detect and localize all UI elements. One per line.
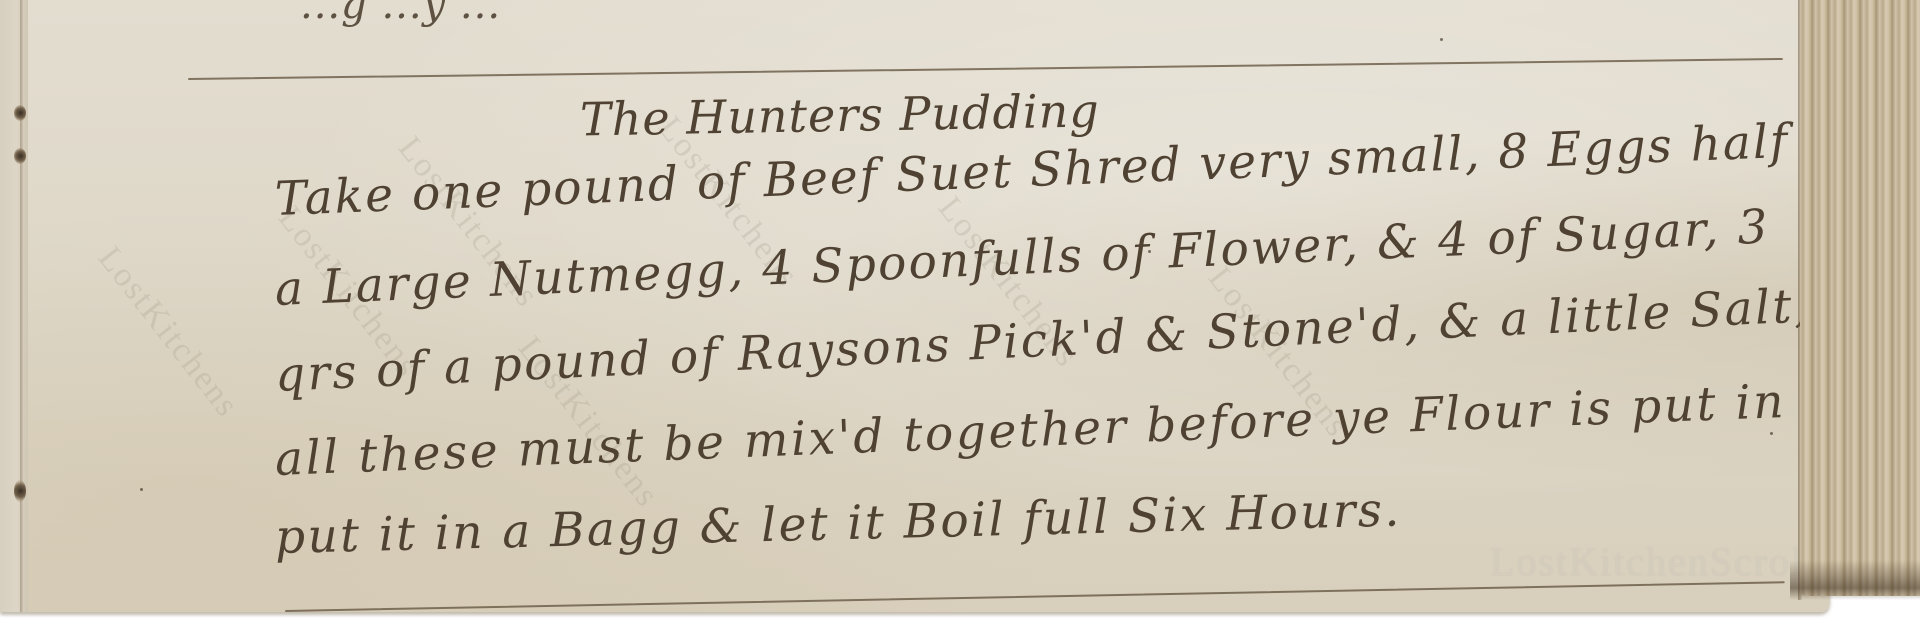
ink-speck [140,488,143,491]
manuscript-page: LostKitchens LostKitchens LostKitchens L… [0,0,1830,612]
stitch-hole-icon [14,480,26,502]
watermark: LostKitchens [90,240,246,425]
ink-speck [1440,38,1443,41]
ink-speck [1148,250,1151,253]
manuscript-photo: LostKitchens LostKitchens LostKitchens L… [0,0,1920,627]
gutter-fold-line [20,0,23,612]
binding-gutter [0,0,28,612]
top-ink-rule [188,58,1783,80]
watermark-bottom-right: LostKitchenScrolls [1490,538,1835,585]
previous-entry-fragment: ...g ...y ... [300,0,501,28]
stitch-hole-icon [14,105,26,121]
page-stack-shadow [1790,560,1920,600]
stitch-hole-icon [14,148,26,164]
recipe-line-5: put it in a Bagg & let it Boil full Six … [274,482,1402,565]
ink-speck [1770,432,1773,435]
recipe-title: The Hunters Pudding [580,83,1101,146]
page-stack-edges [1800,0,1920,596]
bottom-ink-rule [285,581,1785,612]
